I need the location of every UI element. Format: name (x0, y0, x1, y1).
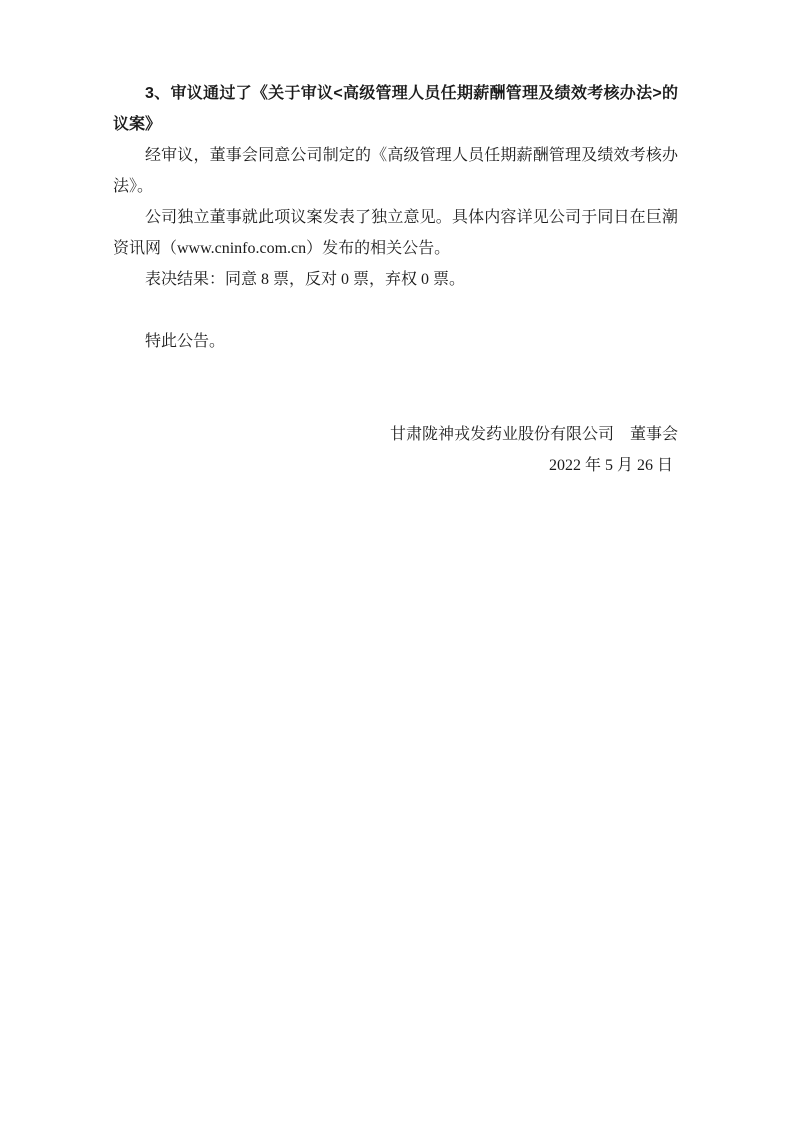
para-opinion-line-1: 公司独立董事就此项议案发表了独立意见。具体内容详见公司于同日在巨潮 (113, 202, 678, 233)
blank-line (113, 357, 678, 388)
heading-line-1: 3、审议通过了《关于审议<高级管理人员任期薪酬管理及绩效考核办法>的 (113, 78, 678, 109)
closing-line: 特此公告。 (113, 326, 678, 357)
vote-result-line: 表决结果：同意 8 票，反对 0 票，弃权 0 票。 (113, 264, 678, 295)
blank-line (113, 295, 678, 326)
signature-date: 2022 年 5 月 26 日 (113, 450, 678, 481)
heading-line-2: 议案》 (113, 109, 678, 140)
para-opinion-line-2: 资讯网（www.cninfo.com.cn）发布的相关公告。 (113, 233, 678, 264)
signature-company: 甘肃陇神戎发药业股份有限公司 董事会 (113, 419, 678, 450)
blank-line (113, 388, 678, 419)
document-page: 3、审议通过了《关于审议<高级管理人员任期薪酬管理及绩效考核办法>的 议案》 经… (0, 0, 793, 1122)
para-approval-line-2: 法》。 (113, 171, 678, 202)
document-content: 3、审议通过了《关于审议<高级管理人员任期薪酬管理及绩效考核办法>的 议案》 经… (113, 78, 678, 481)
para-approval-line-1: 经审议，董事会同意公司制定的《高级管理人员任期薪酬管理及绩效考核办 (113, 140, 678, 171)
